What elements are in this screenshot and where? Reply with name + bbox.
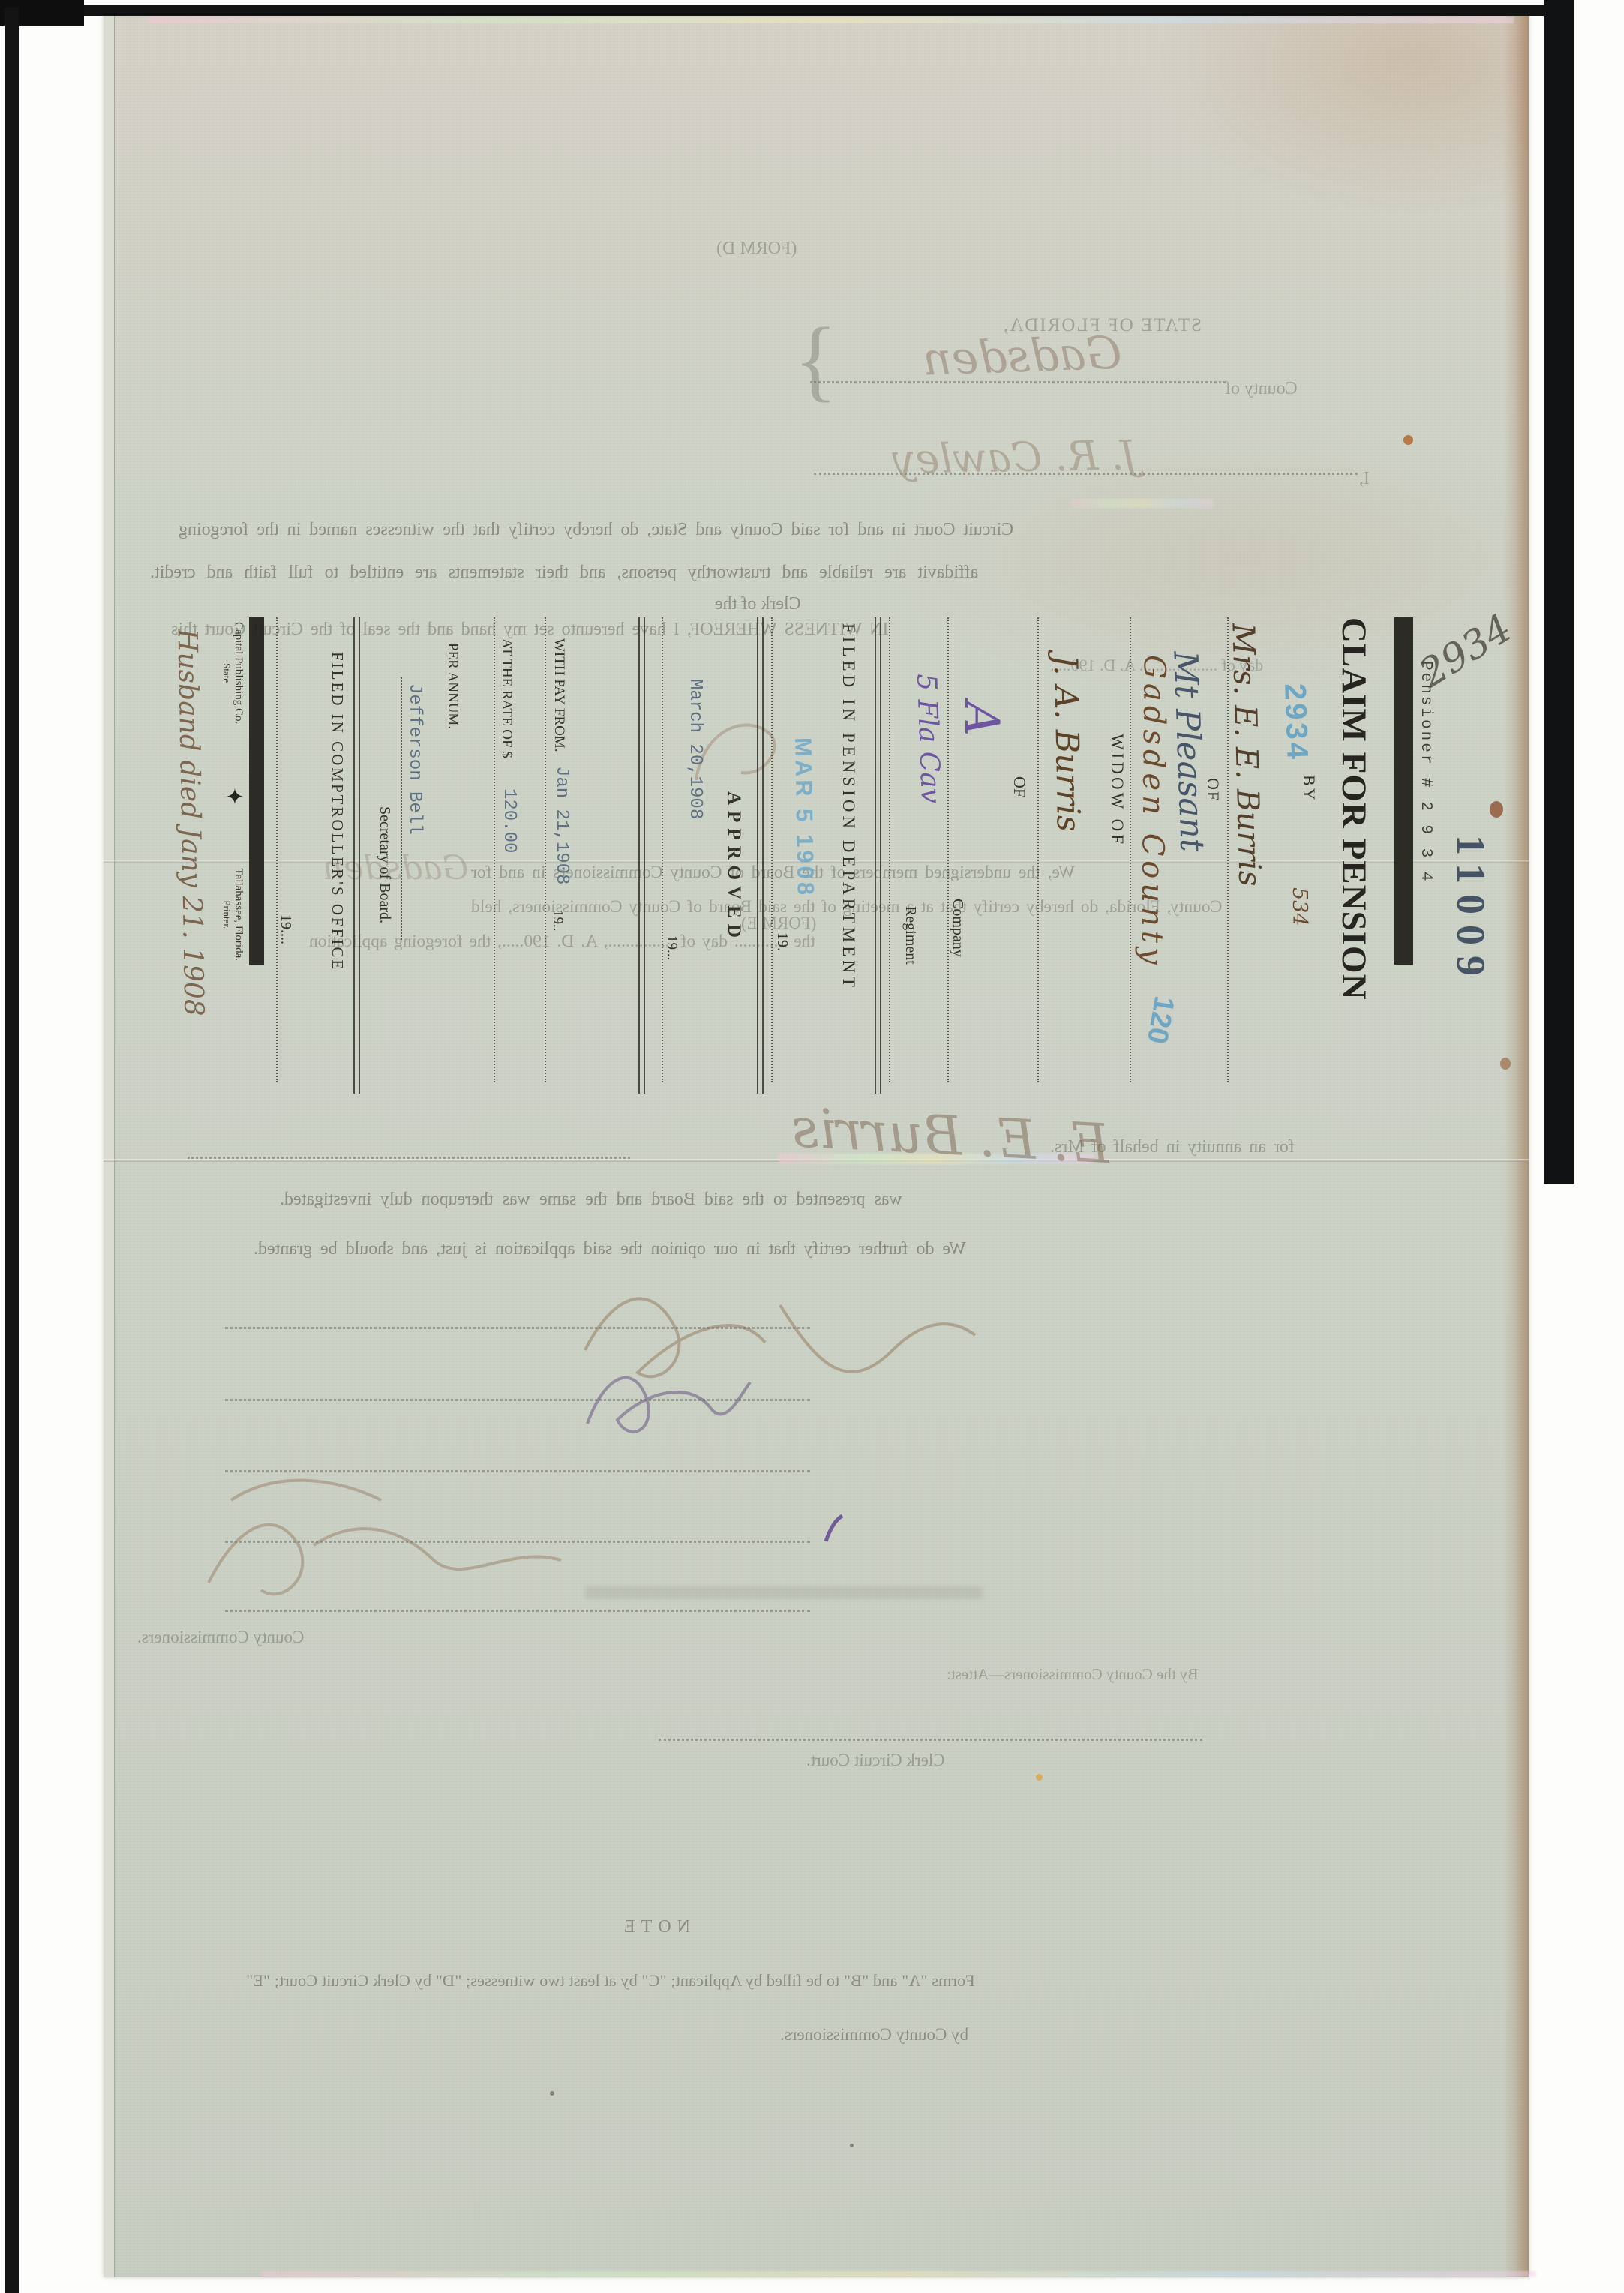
- back-county-label: County of: [1225, 379, 1298, 399]
- faint-showthrough-line: [585, 1586, 983, 1599]
- pensioner-number-line: Pensioner # 2 9 3 4: [1417, 661, 1434, 883]
- speck: [550, 2091, 554, 2096]
- back-i-label: I,: [1359, 469, 1370, 489]
- side-number-handwriting: 534: [1288, 887, 1311, 926]
- claimant-name-handwriting: Mrs. E. E. Burris: [1225, 623, 1268, 887]
- regiment-label: Regiment: [902, 906, 919, 965]
- rate-value-typed: 120.00: [499, 788, 519, 853]
- comptroller-dotted-line: [276, 617, 278, 1082]
- imprint-city-line2: Printer.: [221, 869, 232, 962]
- scanned-document: (FORM D) STATE OF FLORIDA, } County of G…: [0, 0, 1624, 2293]
- soldier-name-handwriting: J. A. Burris: [1046, 655, 1087, 833]
- back-cert-line1: Circuit Court in and for said County and…: [179, 520, 1013, 540]
- document-paper: (FORM D) STATE OF FLORIDA, } County of G…: [104, 15, 1529, 2277]
- scan-glint: [261, 2271, 1536, 2277]
- printer-imprint: Capital Publishing Co. State ✦ Tallahass…: [221, 622, 245, 961]
- back-clerk-court-label: Clerk Circuit Court.: [806, 1751, 945, 1770]
- back-clerk-suffix: Clerk of the: [715, 594, 801, 614]
- claim-form-rotated: 11009 Pensioner # 2 9 3 4 CLAIM FOR PENS…: [128, 617, 1515, 1112]
- rate-dotted-line: [494, 617, 495, 1082]
- soldier-dotted-line: [1037, 617, 1039, 1082]
- filed-pension-dotted-line: [771, 617, 773, 1082]
- ink-spot: [1036, 1774, 1043, 1781]
- imprint-publisher: Capital Publishing Co.: [233, 622, 245, 724]
- back-commissioners-label: County Commissioners.: [137, 1628, 304, 1647]
- file-number: 11009: [1448, 835, 1494, 986]
- approved-year: 19...: [663, 935, 680, 960]
- form-title: CLAIM FOR PENSION: [1334, 617, 1374, 955]
- back-attest-line: By the County Commissioners—Attest:: [947, 1665, 1198, 1684]
- secretary-dotted-line: [401, 677, 402, 940]
- secretary-name-typed: Jefferson Bell: [404, 683, 425, 835]
- back-clerk-signature: J. R. Cawley: [892, 431, 1137, 483]
- margin-note-handwriting: Husband died Jany 21. 1908: [171, 629, 209, 1016]
- by-label: BY: [1299, 775, 1319, 803]
- section-rule: [353, 617, 360, 1094]
- scanner-edge-top: [0, 5, 1574, 16]
- section-rule: [875, 617, 881, 1094]
- rate-stamp: 120: [1140, 994, 1180, 1046]
- scanner-edge-right: [1544, 0, 1574, 1184]
- back-annuity-dotted-line: [188, 1157, 630, 1159]
- widow-of-label: WIDOW OF: [1107, 734, 1127, 847]
- with-pay-year: 19..: [549, 910, 566, 932]
- scanner-edge-left: [5, 8, 19, 2293]
- with-pay-label: WITH PAY FROM.: [551, 638, 567, 752]
- with-pay-date-typed: Jan 21,1908: [551, 766, 572, 884]
- filed-pension-date-stamp: MAR 5 1908: [789, 737, 819, 899]
- back-cert-line2: affidavit are reliable and trustworthy p…: [150, 563, 978, 583]
- pen-mark: [820, 1511, 847, 1546]
- imprint-city: Tallahassee, Florida.: [233, 869, 245, 962]
- back-note-heading: NOTE: [618, 1917, 690, 1937]
- scan-glint: [149, 17, 1514, 23]
- rate-label: AT THE RATE OF $: [498, 638, 515, 758]
- secretary-label: Secretary of Board.: [376, 806, 393, 923]
- residence-dotted-line: [1130, 617, 1131, 1082]
- paper-folded-edge: [104, 15, 115, 2277]
- speck: [850, 2144, 854, 2147]
- residence-town-handwriting: Mt Pleasant: [1166, 650, 1211, 852]
- printer-union-ornament-icon: ✦: [222, 787, 245, 806]
- regiment-handwriting: 5 Fla Cav: [911, 673, 946, 803]
- section-rule: [757, 617, 764, 1094]
- comptroller-year: 19....: [277, 914, 294, 944]
- signature-showthrough: [186, 1455, 576, 1628]
- company-dotted-line: [947, 617, 949, 1082]
- of-label-2: OF: [1010, 776, 1029, 797]
- filed-pension-label: FILED IN PENSION DEPARTMENT: [839, 623, 858, 991]
- approved-date-typed: March 20,1908: [685, 679, 705, 819]
- back-presented-line: was presented to the said Board and the …: [280, 1190, 902, 1210]
- paper-torn-right-edge: [1503, 15, 1529, 2277]
- section-rule: [638, 617, 645, 1094]
- company-label: Company: [949, 899, 966, 957]
- back-note-line2: by County Commissioners.: [780, 2025, 968, 2045]
- back-county-handwriting: Gadsden: [922, 326, 1123, 386]
- back-form-d-label: (FORM D): [716, 239, 797, 259]
- rust-stain: [1403, 435, 1413, 445]
- filed-pension-year: 19.: [773, 932, 791, 951]
- form-border-bar-bottom: [249, 617, 264, 965]
- company-handwriting: A: [953, 701, 1009, 736]
- form-border-bar-top: [1394, 617, 1413, 965]
- scan-glint: [1071, 499, 1214, 508]
- approved-dotted-line: [662, 617, 663, 1082]
- back-clerk-court-dotted-line: [659, 1739, 1202, 1741]
- regiment-dotted-line: [889, 617, 890, 1082]
- with-pay-dotted-line: [545, 617, 546, 1082]
- comptroller-label: FILED IN COMPTROLLER'S OFFICE: [328, 652, 347, 971]
- imprint-publisher-line2: State: [221, 622, 232, 724]
- residence-county-handwriting: Gadsden County: [1134, 655, 1172, 969]
- per-annum-label: PER ANNUM.: [444, 643, 461, 729]
- back-certify-line: We do further certify that in our opinio…: [254, 1239, 966, 1259]
- approved-label: APPROVED: [723, 791, 744, 944]
- claim-number-stamp: 2934: [1277, 683, 1314, 762]
- back-note-line1: Forms "A" and "B" to be filled by Applic…: [246, 1971, 975, 1991]
- signature-showthrough: [576, 1349, 756, 1446]
- back-brace: }: [794, 308, 838, 413]
